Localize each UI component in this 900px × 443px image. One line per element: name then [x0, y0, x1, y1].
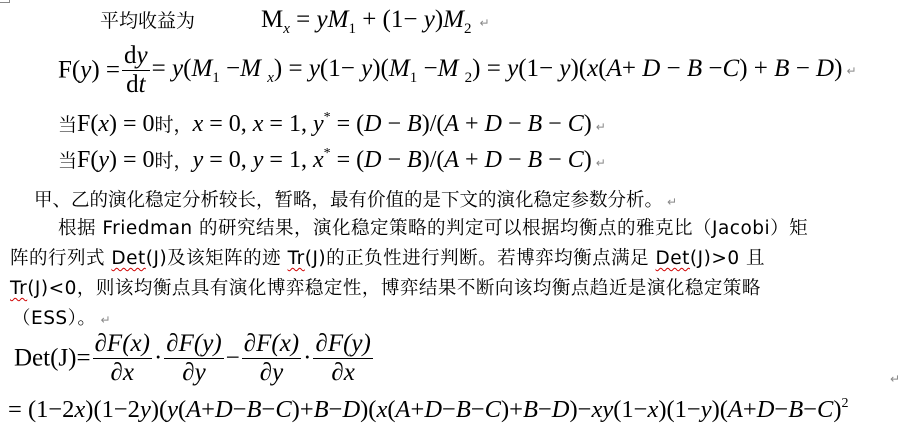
friedman-text-1: 根据 Friedman 的研究结果，演化稳定策略的判定可以根据均衡点的雅克比（J… — [58, 218, 808, 239]
partial-num: ∂F(y) — [315, 330, 370, 357]
partial-den: ∂x — [111, 359, 134, 386]
paragraph-mark-icon: ↵ — [596, 156, 606, 170]
partial-den: ∂y — [182, 359, 205, 386]
partial-den: ∂x — [331, 359, 354, 386]
paragraph-mark-icon: ↵ — [596, 120, 606, 134]
det-spellcheck-word[interactable]: Det — [111, 248, 145, 269]
det-lhs: Det(J)= — [14, 345, 91, 372]
paragraph-mark-icon: ↵ — [846, 64, 856, 78]
tr-spellcheck-word[interactable]: Tr — [288, 248, 305, 269]
average-payoff-label: 平均收益为 — [100, 10, 195, 32]
partial-num: ∂F(y) — [166, 330, 221, 357]
equilibrium-fx-line: 当F(x) = 0时，x = 0, x = 1, y* = (D − B)/(A… — [58, 110, 606, 138]
determinant-expansion: = (1−2x)(1−2y)(y(A+D−B−C)+B−D)(x(A+D−B−C… — [8, 396, 849, 424]
det-spellcheck-word[interactable]: Det — [656, 248, 690, 269]
paragraph-mark-icon: ↵ — [890, 372, 900, 386]
squared-exponent: 2 — [842, 396, 849, 411]
paragraph-mark-icon: ↵ — [100, 313, 111, 327]
minus-operator: − — [226, 345, 240, 372]
average-payoff-formula: Mx = yM1 + (1− y)M2 — [261, 6, 471, 33]
dot-operator: · — [154, 345, 162, 372]
partial-num: ∂F(x) — [244, 330, 299, 357]
dy-dt-fraction: dydt — [122, 42, 150, 99]
friedman-text-2b: (J)及该矩阵的迹 — [146, 248, 288, 269]
paragraph-mark-icon: ↵ — [480, 16, 490, 30]
friedman-text-2d: (J)>0 且 — [690, 248, 765, 269]
friedman-text-2c: (J)的正负性进行判断。若博弈均衡点满足 — [305, 248, 656, 269]
friedman-paragraph-line-2: 阵的行列式 Det(J)及该矩阵的迹 Tr(J)的正负性进行判断。若博弈均衡点满… — [10, 244, 765, 270]
dot-operator: · — [303, 345, 311, 372]
page-corner-mark — [0, 0, 10, 3]
friedman-paragraph-line-1: 根据 Friedman 的研究结果，演化稳定策略的判定可以根据均衡点的雅克比（J… — [58, 214, 808, 240]
partial-num: ∂F(x) — [95, 330, 150, 357]
replicator-equation-y: F(y) =dydt= y(M1 −M x) = y(1− y)(M1 −M 2… — [58, 42, 857, 99]
time-label: 时， — [155, 150, 193, 172]
average-payoff-line: 平均收益为 Mx = yM1 + (1− y)M2 ↵ — [100, 6, 490, 38]
friedman-paragraph-line-3: Tr(J)<0，则该均衡点具有演化博弈稳定性，博弈结果不断向该均衡点趋近是演化稳… — [10, 274, 761, 300]
when-label: 当 — [58, 150, 77, 172]
analysis-note-paragraph: 甲、乙的演化稳定分析较长，暂略，最有价值的是下文的演化稳定参数分析。↵ — [34, 186, 677, 212]
ess-text: （ESS）。 — [12, 308, 96, 329]
friedman-text-2a: 阵的行列式 — [10, 248, 111, 269]
equilibrium-fy-line: 当F(y) = 0时，y = 0, y = 1, x* = (D − B)/(A… — [58, 146, 606, 174]
friedman-text-3: (J)<0，则该均衡点具有演化博弈稳定性，博弈结果不断向该均衡点趋近是演化稳定策… — [27, 278, 761, 299]
partial-den: ∂y — [260, 359, 283, 386]
jacobian-determinant-formula: Det(J)=∂F(x)∂x·∂F(y)∂y−∂F(x)∂y·∂F(y)∂x — [14, 330, 375, 387]
paragraph-mark-icon: ↵ — [667, 195, 677, 209]
time-label: 时， — [155, 114, 193, 136]
when-label: 当 — [58, 114, 77, 136]
analysis-note-text: 甲、乙的演化稳定分析较长，暂略，最有价值的是下文的演化稳定参数分析。 — [34, 190, 663, 211]
tr-spellcheck-word[interactable]: Tr — [10, 278, 27, 299]
friedman-paragraph-line-4: （ESS）。↵ — [12, 304, 111, 330]
